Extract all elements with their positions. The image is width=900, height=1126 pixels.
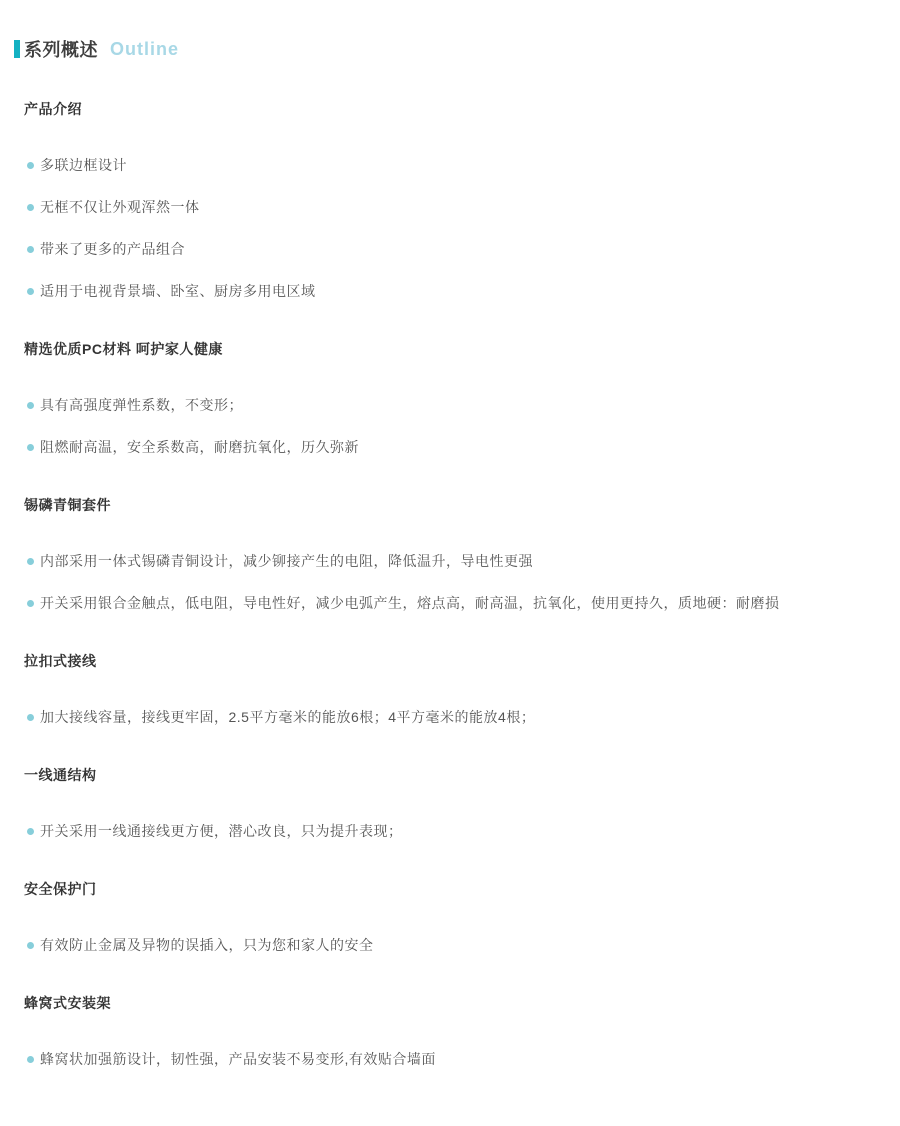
list-item: 开关采用银合金触点，低电阻，导电性好，减少电弧产生，熔点高，耐高温，抗氧化，使用…: [14, 593, 870, 613]
bullet-dot-icon: [27, 402, 34, 409]
bullet-dot-icon: [27, 288, 34, 295]
section-safety-door: 安全保护门 有效防止金属及异物的误插入，只为您和家人的安全: [14, 879, 870, 955]
list-item: 有效防止金属及异物的误插入，只为您和家人的安全: [14, 935, 870, 955]
bullet-dot-icon: [27, 714, 34, 721]
bullet-dot-icon: [27, 828, 34, 835]
bullet-list: 有效防止金属及异物的误插入，只为您和家人的安全: [14, 935, 870, 955]
section-heading: 安全保护门: [24, 879, 870, 899]
section-pull-buckle-wiring: 拉扣式接线 加大接线容量，接线更牢固，2.5平方毫米的能放6根；4平方毫米的能放…: [14, 651, 870, 727]
bullet-list: 蜂窝状加强筋设计，韧性强，产品安装不易变形,有效贴合墙面: [14, 1049, 870, 1069]
section-heading: 拉扣式接线: [24, 651, 870, 671]
bullet-dot-icon: [27, 1056, 34, 1063]
list-item-text: 多联边框设计: [40, 157, 127, 173]
list-item: 内部采用一体式锡磷青铜设计，减少铆接产生的电阻，降低温升，导电性更强: [14, 551, 870, 571]
page-header: 系列概述 Outline: [14, 37, 870, 61]
section-heading: 锡磷青铜套件: [24, 495, 870, 515]
section-one-line-structure: 一线通结构 开关采用一线通接线更方便，潜心改良，只为提升表现；: [14, 765, 870, 841]
list-item-text: 带来了更多的产品组合: [40, 241, 185, 257]
bullet-dot-icon: [27, 162, 34, 169]
list-item-text: 阻燃耐高温，安全系数高，耐磨抗氧化，历久弥新: [40, 439, 359, 455]
section-heading: 产品介绍: [24, 99, 870, 119]
list-item-text: 有效防止金属及异物的误插入，只为您和家人的安全: [40, 937, 374, 953]
list-item: 蜂窝状加强筋设计，韧性强，产品安装不易变形,有效贴合墙面: [14, 1049, 870, 1069]
list-item-text: 蜂窝状加强筋设计，韧性强，产品安装不易变形,有效贴合墙面: [40, 1051, 436, 1067]
bullet-list: 加大接线容量，接线更牢固，2.5平方毫米的能放6根；4平方毫米的能放4根；: [14, 707, 870, 727]
list-item-text: 适用于电视背景墙、卧室、厨房多用电区域: [40, 283, 316, 299]
section-honeycomb-mount: 蜂窝式安装架 蜂窝状加强筋设计，韧性强，产品安装不易变形,有效贴合墙面: [14, 993, 870, 1069]
list-item: 适用于电视背景墙、卧室、厨房多用电区域: [14, 281, 870, 301]
bullet-dot-icon: [27, 246, 34, 253]
list-item-text: 开关采用一线通接线更方便，潜心改良，只为提升表现；: [40, 823, 403, 839]
bullet-list: 开关采用一线通接线更方便，潜心改良，只为提升表现；: [14, 821, 870, 841]
list-item: 加大接线容量，接线更牢固，2.5平方毫米的能放6根；4平方毫米的能放4根；: [14, 707, 870, 727]
list-item-text: 内部采用一体式锡磷青铜设计，减少铆接产生的电阻，降低温升，导电性更强: [40, 553, 533, 569]
bullet-dot-icon: [27, 558, 34, 565]
list-item: 带来了更多的产品组合: [14, 239, 870, 259]
list-item: 阻燃耐高温，安全系数高，耐磨抗氧化，历久弥新: [14, 437, 870, 457]
list-item-text: 无框不仅让外观浑然一体: [40, 199, 200, 215]
bullet-dot-icon: [27, 942, 34, 949]
product-description-page: 系列概述 Outline 产品介绍 多联边框设计 无框不仅让外观浑然一体 带来了…: [0, 0, 900, 1109]
section-heading: 蜂窝式安装架: [24, 993, 870, 1013]
bullet-list: 内部采用一体式锡磷青铜设计，减少铆接产生的电阻，降低温升，导电性更强 开关采用银…: [14, 551, 870, 613]
section-bronze-parts: 锡磷青铜套件 内部采用一体式锡磷青铜设计，减少铆接产生的电阻，降低温升，导电性更…: [14, 495, 870, 613]
list-item: 多联边框设计: [14, 155, 870, 175]
bullet-dot-icon: [27, 444, 34, 451]
list-item: 无框不仅让外观浑然一体: [14, 197, 870, 217]
bullet-list: 具有高强度弹性系数，不变形； 阻燃耐高温，安全系数高，耐磨抗氧化，历久弥新: [14, 395, 870, 457]
section-pc-material: 精选优质PC材料 呵护家人健康 具有高强度弹性系数，不变形； 阻燃耐高温，安全系…: [14, 339, 870, 457]
bullet-dot-icon: [27, 204, 34, 211]
list-item-text: 具有高强度弹性系数，不变形；: [40, 397, 243, 413]
bullet-list: 多联边框设计 无框不仅让外观浑然一体 带来了更多的产品组合 适用于电视背景墙、卧…: [14, 155, 870, 301]
list-item-text: 开关采用银合金触点，低电阻，导电性好，减少电弧产生，熔点高，耐高温，抗氧化，使用…: [40, 595, 780, 611]
list-item: 具有高强度弹性系数，不变形；: [14, 395, 870, 415]
title-accent-bar: [14, 40, 20, 58]
page-title: 系列概述: [24, 36, 98, 62]
list-item-text: 加大接线容量，接线更牢固，2.5平方毫米的能放6根；4平方毫米的能放4根；: [40, 709, 535, 725]
bullet-dot-icon: [27, 600, 34, 607]
section-heading: 精选优质PC材料 呵护家人健康: [24, 339, 870, 359]
section-heading: 一线通结构: [24, 765, 870, 785]
page-title-en: Outline: [110, 39, 179, 60]
section-product-intro: 产品介绍 多联边框设计 无框不仅让外观浑然一体 带来了更多的产品组合 适用于电视…: [14, 99, 870, 301]
list-item: 开关采用一线通接线更方便，潜心改良，只为提升表现；: [14, 821, 870, 841]
